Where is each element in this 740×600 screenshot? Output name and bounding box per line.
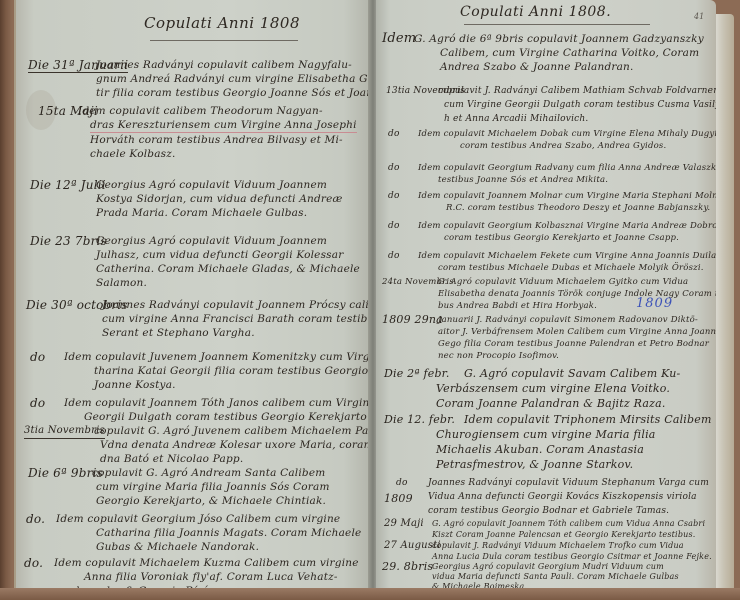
entry-line: Catharina filia Joannis Magats. Coram Mi… [96, 526, 361, 540]
entry-date: 13tia Novembris [386, 84, 465, 98]
entry-date: do. [24, 556, 43, 570]
entry-line: Julhasz, cum vidua defuncti Georgii Kole… [96, 248, 360, 262]
entry-line: Calibem, cum Virgine Catharina Voitko, C… [440, 46, 704, 60]
entry-line: Vdna denata Andreæ Kolesar uxore Maria, … [100, 438, 372, 452]
entry-line: Vidua Anna defuncti Georgii Kovács Kiszk… [428, 490, 709, 504]
page-number: 41 [694, 12, 704, 21]
entry-date: do [388, 250, 400, 262]
entry-line: dna Bató et Nicolao Papp. [100, 452, 372, 466]
entry-line: Georgio Kerekjarto, & Michaele Chintiak. [96, 494, 330, 508]
register-entry: 27 Augusti copulavit J. Radványi Viduum … [384, 540, 712, 562]
register-entry: do Idem copulavit Michaelem Fekete cum V… [388, 250, 716, 274]
entry-line: copulavit G. Agró Andream Santa Calibem [92, 466, 330, 480]
entry-line: Idem copulavit calibem Theodorum Nagyan- [78, 104, 357, 118]
entry-line: dras Kereszturiensem cum Virgine Anna Jo… [90, 118, 357, 133]
entry-line: G. Agró copulavit Joannem Tóth calibem c… [432, 518, 705, 529]
entry-line: Januarii J. Radványi copulavit Simonem R… [438, 314, 716, 326]
entry-line: G. Agró die 6ª 9bris copulavit Joannem G… [414, 32, 704, 46]
register-entry: do Joannes Radványi copulavit Viduum Ste… [396, 476, 709, 518]
entry-line: tharina Katai Georgii filia coram testib… [94, 364, 372, 378]
title-underline [150, 40, 298, 41]
entry-line: Anna Lucia Dula coram testibus Georgio C… [432, 551, 712, 562]
entry-date: Die 31ª Januarii [28, 58, 128, 73]
entry-line: Salamon. [96, 276, 360, 290]
entry-line: Georgius Agró copulavit Viduum Joannem [96, 234, 360, 248]
entry-date: Die 23 7bris [30, 234, 107, 248]
entry-line: G. Agró copulavit Savam Calibem Ku- [464, 366, 680, 381]
entry-line: Joannes Radványi copulavit Joannem Prócs… [102, 298, 372, 312]
entry-line: Coram Joanne Palandran & Bajitz Raza. [436, 396, 680, 411]
entry-date: 29. 8bris [382, 562, 433, 572]
entry-line: copulavit J. Radványi Viduum Michaelem T… [432, 540, 712, 551]
entry-date: Die 12ª Julii [30, 178, 106, 192]
entry-line: Verbászensem cum virgine Elena Voitko. [436, 381, 680, 396]
entry-line: G. Agró copulavit Viduum Michaelem Gyitk… [438, 276, 716, 288]
entry-date: Die 6ª 9bris [28, 466, 103, 480]
entry-line: Kiszt Coram Joanne Palencsan et Georgio … [432, 529, 705, 540]
entry-date: do. [26, 512, 45, 526]
entry-line: Horváth coram testibus Andrea Bilvasy et… [90, 133, 357, 147]
right-page-title: Copulati Anni 1808. [460, 4, 611, 20]
entry-date: Die 30ª octobris [26, 298, 128, 312]
entry-line: Idem copulavit Joannem Molnar cum Virgin… [418, 190, 716, 202]
table-surface [0, 588, 740, 600]
entry-line: Churogiensem cum virgine Maria filia [436, 427, 712, 442]
entry-date: 15ta Maji [38, 104, 98, 118]
entry-date: do [388, 128, 400, 140]
register-entry: do Idem copulavit Joannem Molnar cum Vir… [388, 190, 716, 214]
entry-line: coram testibus Andrea Szabo, Andrea Gyid… [460, 140, 716, 152]
title-underline [464, 24, 650, 25]
left-page-title: Copulati Anni 1808 [144, 14, 300, 32]
page-stack-edge [716, 14, 734, 598]
entry-line: Georgius Agró copulavit Georgium Mudri V… [432, 562, 679, 572]
entry-line: Idem copulavit Triphonem Mirsits Calibem [464, 412, 712, 427]
entry-date: 27 Augusti [384, 540, 441, 551]
entry-line: chaele Kolbasz. [90, 147, 357, 161]
entry-line: Idem copulavit Georgium Kolbasznai Virgi… [418, 220, 716, 232]
entry-date: Die 2ª febr. [384, 366, 450, 381]
register-entry: do Idem copulavit Georgium Kolbasznai Vi… [388, 220, 716, 244]
entry-line: aitor J. Verbáfrensem Molen Calibem cum … [438, 326, 716, 338]
entry-date: do [30, 350, 45, 364]
entry-line: copulavit G. Agró Juvenem calibem Michae… [94, 424, 372, 438]
entry-line: Idem copulavit Georgium Radvany cum fili… [418, 162, 716, 174]
entry-line: cum Virgine Georgii Dulgath coram testib… [444, 98, 716, 112]
entry-line: coram testibus Georgio Bodnar et Gabriel… [428, 504, 709, 518]
entry-date: Die 12. febr. [384, 412, 455, 427]
entry-line: Idem copulavit Juvenem Joannem Komenitzk… [64, 350, 372, 364]
entry-line: gnum Andreá Radványi cum virgine Elisabe… [96, 72, 372, 86]
register-entry: Idem G. Agró die 6ª 9bris copulavit Joan… [382, 32, 704, 74]
register-entry: Die 23 7bris Georgius Agró copulavit Vid… [30, 234, 360, 290]
blue-year-annotation: 1809 [636, 296, 673, 311]
register-entry: Die 31ª Januarii Joannes Radványi copula… [28, 58, 372, 100]
entry-date: Idem [382, 32, 416, 46]
entry-line: Prada Maria. Coram Michaele Gulbas. [96, 206, 343, 220]
register-entry: do Idem copulavit Joannem Tóth Janos cal… [30, 396, 372, 424]
entry-line: Joannes Radványi copulavit calibem Nagyf… [96, 58, 372, 72]
register-entry: 13tia Novembris copulavit J. Radványi Ca… [386, 84, 716, 126]
entry-line: nec non Procopio Isofimov. [438, 350, 716, 362]
entry-line: Gubas & Michaele Nandorak. [96, 540, 361, 554]
side-year: 1809 [384, 492, 413, 506]
entry-line: cum virgine Maria filia Joannis Sós Cora… [96, 480, 330, 494]
entry-line: Joanne Kostya. [94, 378, 372, 392]
entry-line: Georgii Dulgath coram testibus Georgio K… [84, 410, 372, 424]
register-entry: Die 6ª 9bris copulavit G. Agró Andream S… [28, 466, 330, 508]
entry-line: Serant et Stephano Vargha. [102, 326, 372, 340]
register-entry: Die 12. febr. Idem copulavit Triphonem M… [384, 412, 712, 472]
entry-line: tir filia coram testibus Georgio Joanne … [96, 86, 372, 100]
entry-line: Joannes Radványi copulavit Viduum Stepha… [428, 476, 709, 490]
entry-line: bus Andrea Babdi et Hira Horbyak. [438, 300, 716, 312]
entry-line: vidua Maria defuncti Santa Pauli. Coram … [432, 572, 679, 582]
entry-line: cum virgine Anna Francisci Barath coram … [102, 312, 372, 326]
entry-line: Kostya Sidorjan, cum vidua defuncti Andr… [96, 192, 343, 206]
entry-line: h et Anna Arcadii Mihailovich. [444, 112, 716, 126]
register-entry: Die 30ª octobris Joannes Radványi copula… [26, 298, 372, 340]
register-entry: do Idem copulavit Juvenem Joannem Komeni… [30, 350, 372, 392]
entry-date: do [30, 396, 45, 410]
entry-line: Idem copulavit Joannem Tóth Janos calibe… [64, 396, 372, 410]
entry-line: Georgius Agró copulavit Viduum Joannem [96, 178, 343, 192]
entry-date: 1809 29na [382, 314, 443, 326]
register-entry: do Idem copulavit Georgium Radvany cum f… [388, 162, 716, 186]
entry-line: coram testibus Georgio Kerekjarto et Joa… [444, 232, 716, 244]
entry-line: Anna filia Voroniak fly'af. Coram Luca V… [84, 570, 359, 584]
entry-date: do [388, 190, 400, 202]
left-page: Copulati Anni 1808 Die 31ª Januarii Joan… [14, 0, 372, 600]
entry-line: Idem copulavit Michaelem Kuzma Calibem c… [54, 556, 359, 570]
entry-line: Idem copulavit Michaelem Fekete cum Virg… [418, 250, 716, 262]
register-entry: do Idem copulavit Michaelem Dobak cum Vi… [388, 128, 716, 152]
register-entry: 3tia Novembris copulavit G. Agró Juvenem… [24, 424, 372, 466]
entry-line: Idem copulavit Michaelem Dobak cum Virgi… [418, 128, 716, 140]
entry-line: testibus Joanne Sós et Andrea Mikita. [438, 174, 716, 186]
entry-date: do [388, 162, 400, 174]
entry-line: copulavit J. Radványi Calibem Mathiam Sc… [438, 84, 716, 98]
entry-date: do [388, 220, 400, 232]
entry-date: 3tia Novembris [24, 424, 105, 439]
register-entry: Die 12ª Julii Georgius Agró copulavit Vi… [30, 178, 343, 220]
entry-line: coram testibus Michaele Dubas et Michael… [438, 262, 716, 274]
entry-line: Andrea Szabo & Joanne Palandran. [440, 60, 704, 74]
register-entry: do. Idem copulavit Georgium Jóso Calibem… [26, 512, 361, 554]
register-entry: 1809 29na Januarii J. Radványi copulavit… [382, 314, 716, 362]
entry-date: 29 Maji [384, 518, 424, 529]
entry-line: Idem copulavit Georgium Jóso Calibem cum… [56, 512, 361, 526]
entry-line: Elisabetha denata Joannis Török conjuge … [438, 288, 716, 300]
entry-line: Gego filia Coram testibus Joanne Palendr… [438, 338, 716, 350]
entry-date: do [396, 476, 408, 490]
right-page: Copulati Anni 1808. 41 Idem G. Agró die … [376, 0, 716, 600]
entry-line: R.C. coram testibus Theodoro Deszy et Jo… [446, 202, 716, 214]
register-entry: 29 Maji G. Agró copulavit Joannem Tóth c… [384, 518, 705, 540]
entry-date: 24ta Novembris [382, 276, 454, 288]
entry-line: Michaelis Akuban. Coram Anastasia [436, 442, 712, 457]
entry-line: Petrasfmestrov, & Joanne Starkov. [436, 457, 712, 472]
register-entry: Die 2ª febr. G. Agró copulavit Savam Cal… [384, 366, 680, 411]
register-entry: 15ta Maji Idem copulavit calibem Theodor… [38, 104, 357, 161]
entry-line: Catherina. Coram Michaele Gladas, & Mich… [96, 262, 360, 276]
